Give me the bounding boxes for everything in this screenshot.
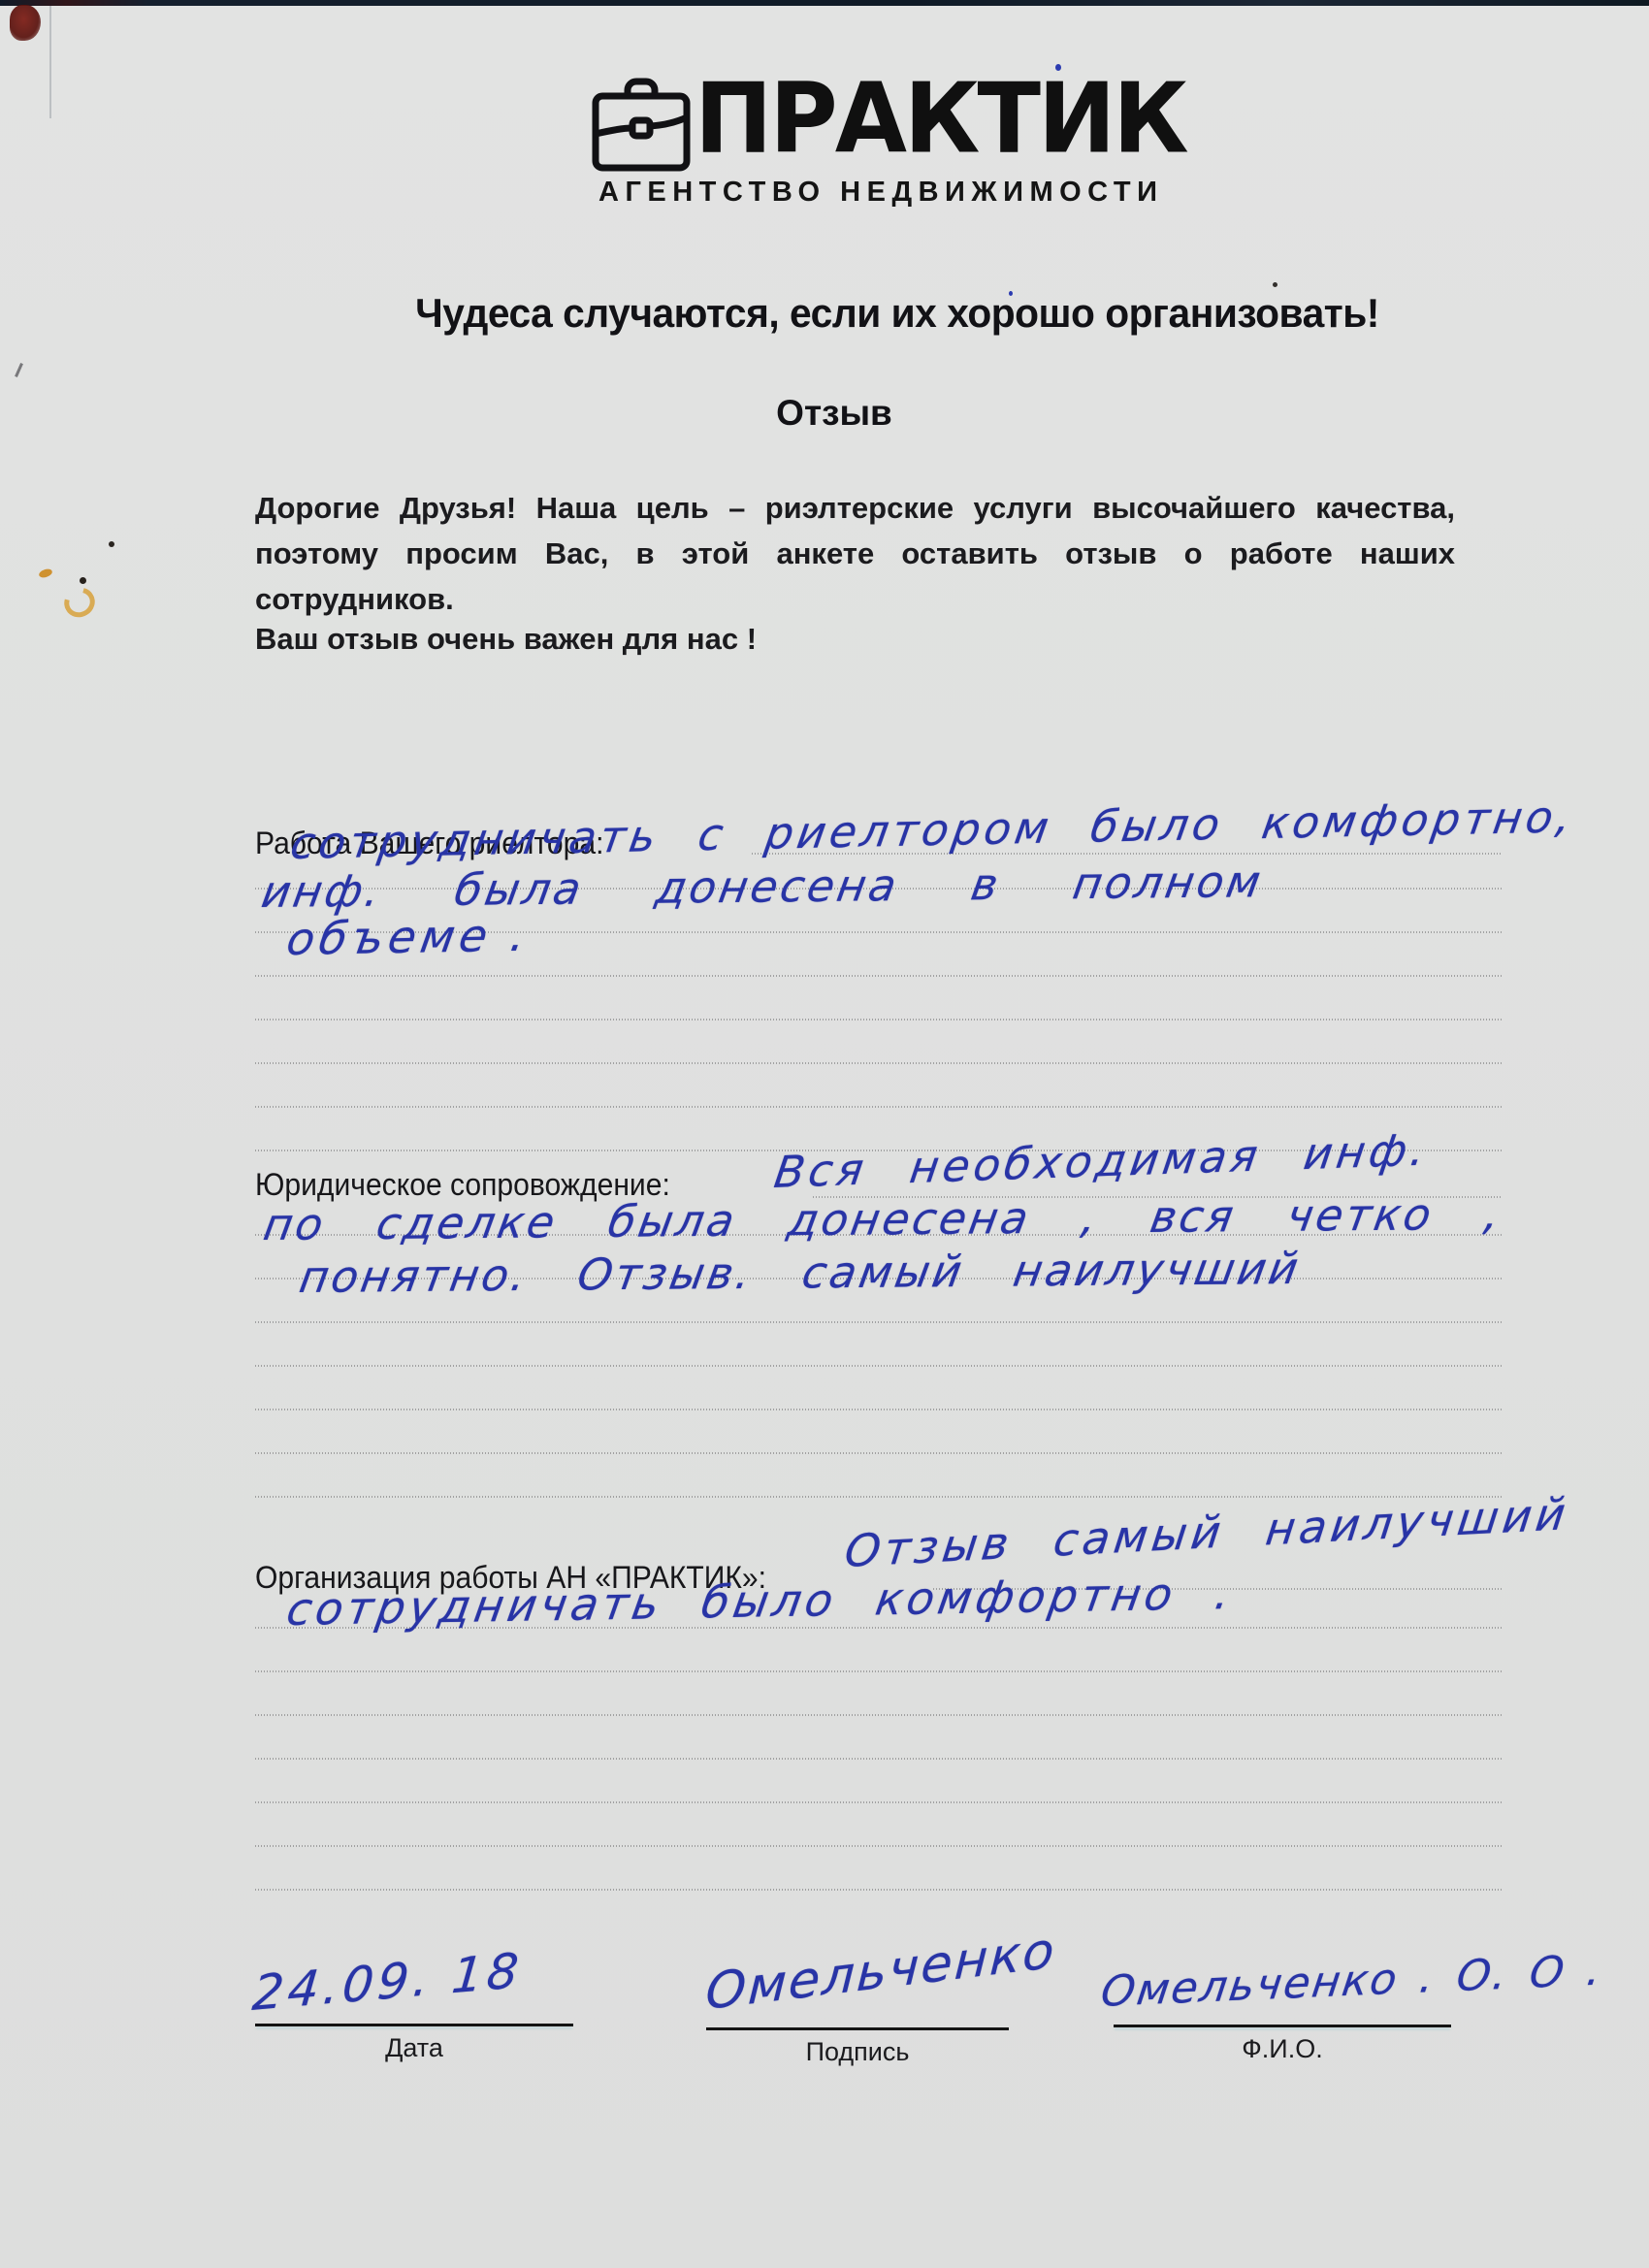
scan-line-artifact <box>49 6 51 118</box>
answer-ruled-line <box>255 975 1502 977</box>
answer-ruled-line <box>255 1845 1502 1847</box>
briefcase-logo-icon <box>591 76 692 175</box>
handwritten-answer: сотрудничать с риелтором было комфортно, <box>287 791 1578 869</box>
date-line <box>255 2024 573 2026</box>
answer-ruled-line <box>255 1452 1502 1454</box>
ink-speck <box>1273 282 1277 287</box>
brand-name: ПРАКТИК <box>695 62 1186 175</box>
intro-line: Дорогие Друзья! Наша цель – риэлтерские … <box>255 485 1455 531</box>
importance-note: Ваш отзыв очень важен для нас ! <box>255 622 757 657</box>
slogan-heading: Чудеса случаются, если их хорошо организ… <box>253 290 1542 337</box>
handwritten-answer: по сделке была донесена , вся четко , <box>260 1188 1506 1250</box>
answer-ruled-line <box>255 1321 1502 1323</box>
intro-line: сотрудников. <box>255 576 1455 622</box>
answer-ruled-line <box>255 1714 1502 1716</box>
answer-ruled-line <box>255 1496 1502 1498</box>
answer-ruled-line <box>255 1062 1502 1064</box>
answer-ruled-line <box>255 1409 1502 1410</box>
fio-label: Ф.И.О. <box>1114 2034 1451 2064</box>
paper-speck <box>109 541 114 547</box>
handwritten-answer: Отзыв самый наилучший <box>842 1487 1572 1577</box>
intro-paragraph: Дорогие Друзья! Наша цель – риэлтерские … <box>255 485 1455 622</box>
answer-ruled-line <box>255 1889 1502 1891</box>
fio-handwritten: Омельченко . О. О . <box>1098 1946 1606 2017</box>
form-title: Отзыв <box>0 393 1649 434</box>
date-label: Дата <box>255 2033 573 2063</box>
scanned-feedback-form: ПРАКТИК АГЕНТСТВО НЕДВИЖИМОСТИ Чудеса сл… <box>0 0 1649 2268</box>
signature-label: Подпись <box>706 2037 1009 2067</box>
pen-tick-mark <box>15 363 23 377</box>
paper-speck <box>38 567 53 579</box>
scan-edge-artifact <box>0 0 1649 6</box>
fio-line <box>1114 2025 1451 2027</box>
handwritten-answer: инф. была донесена в полном <box>258 856 1267 918</box>
paper-speck <box>80 577 86 584</box>
answer-ruled-line <box>255 1019 1502 1021</box>
brand-tagline: АГЕНТСТВО НЕДВИЖИМОСТИ <box>598 177 1163 209</box>
answer-ruled-line <box>255 1365 1502 1367</box>
signature-line <box>706 2027 1009 2030</box>
answer-ruled-line <box>255 1758 1502 1760</box>
answer-ruled-line <box>255 1106 1502 1108</box>
answer-ruled-line <box>255 1670 1502 1672</box>
handwritten-answer: объеме . <box>283 909 534 965</box>
intro-line: поэтому просим Вас, в этой анкете остави… <box>255 531 1455 576</box>
signature-handwritten: Омельченко <box>704 1922 1057 2022</box>
handwritten-answer: Вся необходимая инф. <box>771 1124 1432 1198</box>
scan-stain-red <box>10 5 41 41</box>
answer-ruled-line <box>255 1801 1502 1803</box>
date-handwritten: 24.09. 18 <box>250 1942 525 2022</box>
handwritten-answer: понятно. Отзыв. самый наилучший <box>296 1243 1305 1303</box>
paper-stain <box>59 582 101 623</box>
